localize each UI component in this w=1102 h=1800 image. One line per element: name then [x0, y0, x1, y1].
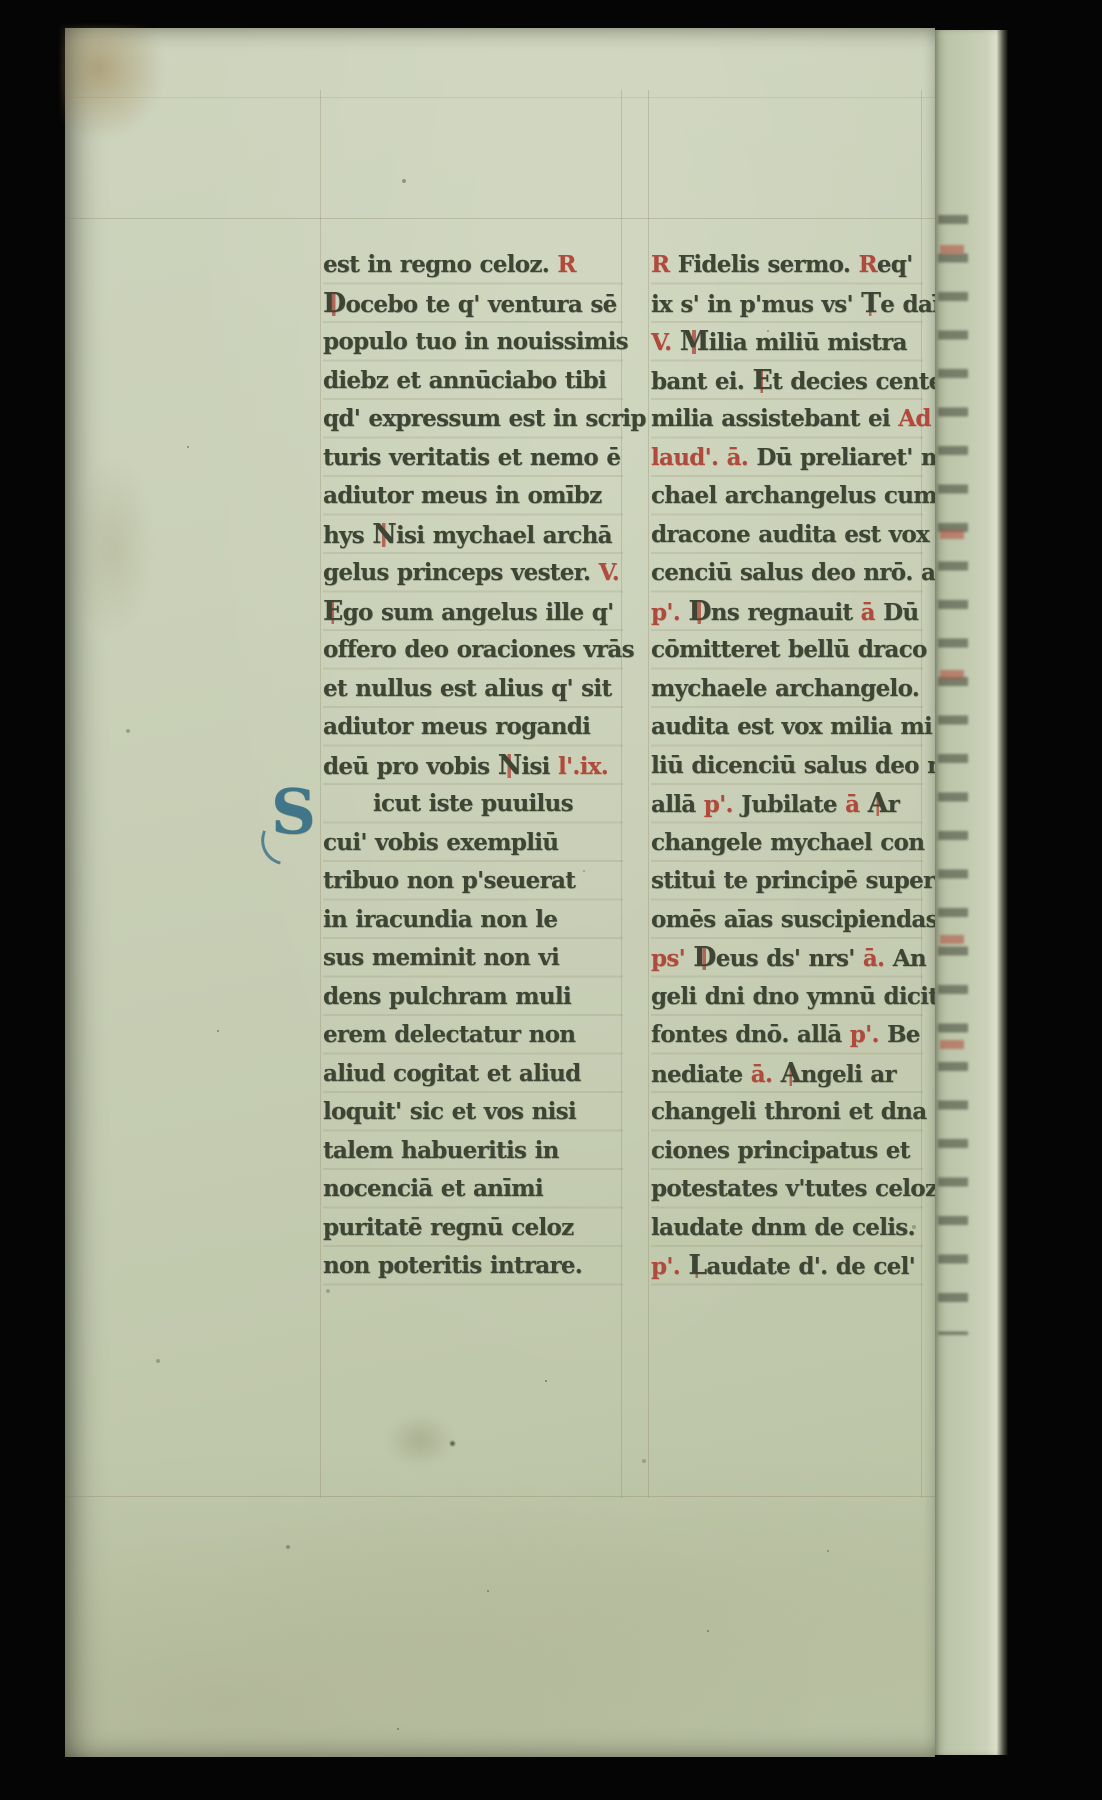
- text-line: erem delectatur non: [323, 1016, 623, 1055]
- body-text: Dū preliaret' my: [756, 444, 957, 471]
- body-text: talem habueritis in: [323, 1137, 559, 1164]
- touched-capital: E: [323, 596, 343, 627]
- text-line: hys Nisi mychael archā: [323, 516, 623, 555]
- touched-capital: A: [868, 788, 888, 819]
- text-line: sus meminit non vi: [323, 939, 623, 978]
- body-text: tribuo non p'seuerat: [323, 867, 575, 894]
- text-column-right: R Fidelis sermo. Req'ix s' in p'mus vs' …: [651, 246, 923, 1286]
- edge-rubric-sliver: [940, 245, 964, 254]
- text-line: geli dni dno ymnū dicite: [651, 978, 923, 1017]
- body-text: nocenciā et anīmi: [323, 1175, 543, 1202]
- text-line: mychaele archangelo.: [651, 670, 923, 709]
- text-line: cui' vobis exempliū: [323, 824, 623, 863]
- body-text: liū dicenciū salus deo nrō: [651, 752, 969, 779]
- photo-stage: est in regno celoz. RDocebo te q' ventur…: [0, 0, 1102, 1800]
- text-line: dracone audita est vox di: [651, 516, 923, 555]
- touched-capital: E: [752, 365, 772, 396]
- rubric-text: laud'. ā.: [651, 444, 756, 471]
- body-text: nediate: [651, 1061, 751, 1088]
- body-text: laudate dnm de celis.: [651, 1214, 915, 1241]
- touched-capital: N: [498, 750, 522, 781]
- body-text: in iracundia non le: [323, 906, 557, 933]
- body-text: milia assistebant ei: [651, 405, 898, 432]
- edge-rubric-sliver: [940, 935, 964, 944]
- text-line: loquit' sic et vos nisi: [323, 1093, 623, 1132]
- parchment-stain: [385, 1413, 455, 1468]
- rubric-text: ā.: [751, 1061, 781, 1088]
- body-text: changele mychael con: [651, 829, 924, 856]
- body-text: dens pulchram muli: [323, 983, 571, 1010]
- text-line: p'. Laudate d'. de cel': [651, 1247, 923, 1286]
- text-line: aliud cogitat et aliud: [323, 1055, 623, 1094]
- text-line: cōmitteret bellū draco cū: [651, 631, 923, 670]
- text-line: potestates v'tutes celoz: [651, 1170, 923, 1209]
- text-line: chael archangelus cum: [651, 477, 923, 516]
- text-line: allā p'. Jubilate ā Ar: [651, 785, 923, 824]
- text-line: omēs aīas suscipiendas: [651, 901, 923, 940]
- edge-rubric-sliver: [940, 530, 964, 539]
- edge-rubric-sliver: [940, 670, 964, 679]
- body-text: et nullus est alius q' sit: [323, 675, 611, 702]
- manuscript-page: est in regno celoz. RDocebo te q' ventur…: [65, 28, 935, 1757]
- text-line: nocenciā et anīmi: [323, 1170, 623, 1209]
- text-line: ciones principatus et: [651, 1132, 923, 1171]
- body-text: gelus princeps vester.: [323, 559, 590, 586]
- body-text: mychaele archangelo.: [651, 675, 919, 702]
- text-line: diebz et annūciabo tibi: [323, 362, 623, 401]
- text-line: adiutor meus rogandi: [323, 708, 623, 747]
- body-text: Jubilate: [741, 791, 845, 818]
- rubric-text: ps': [651, 945, 693, 972]
- rubric-text: Ad: [898, 405, 931, 432]
- rubric-text: p'.: [651, 599, 688, 626]
- text-line: gelus princeps vester. V.: [323, 554, 623, 593]
- body-text: ciones principatus et: [651, 1137, 910, 1164]
- body-text: eq': [877, 251, 913, 278]
- touched-capital: D: [688, 596, 710, 627]
- text-line: tribuo non p'seuerat: [323, 862, 623, 901]
- touched-capital: M: [680, 326, 709, 357]
- rubric-text: p'.: [850, 1021, 887, 1048]
- text-line: puritatē regnū celoz: [323, 1209, 623, 1248]
- body-text: adiutor meus in omībz: [323, 482, 602, 509]
- rubric-text: R: [858, 251, 876, 278]
- ruling-line: [320, 90, 321, 1498]
- ruling-line: [65, 218, 935, 219]
- body-text: audita est vox milia mi: [651, 713, 932, 740]
- text-line: changeli throni et dna: [651, 1093, 923, 1132]
- text-line: qd' expressum est in scrip: [323, 400, 623, 439]
- body-text: cui' vobis exempliū: [323, 829, 558, 856]
- rubric-text: ā: [861, 599, 884, 626]
- text-line: non poteritis intrare.: [323, 1247, 623, 1286]
- body-text: chael archangelus cum: [651, 482, 937, 509]
- text-line: talem habueritis in: [323, 1132, 623, 1171]
- body-text: ix s' in p'mus vs': [651, 291, 861, 318]
- body-text: audate d'. de cel': [706, 1253, 915, 1280]
- text-line: est in regno celoz. R: [323, 246, 623, 285]
- text-line: Sicut iste puuilus: [323, 785, 623, 824]
- body-text: offero deo oraciones vrās: [323, 636, 634, 663]
- body-text: non poteritis intrare.: [323, 1252, 582, 1279]
- parchment-stain: [73, 458, 153, 638]
- body-text: eus ds' nrs': [716, 945, 863, 972]
- body-text: cenciū salus deo nrō. allā: [651, 559, 965, 586]
- body-text: isi: [521, 753, 558, 780]
- text-line: bant ei. Et decies centena: [651, 362, 923, 401]
- body-text: diebz et annūciabo tibi: [323, 367, 606, 394]
- rubric-text: V.: [590, 559, 619, 586]
- body-text: icut iste puuilus: [373, 790, 573, 817]
- body-text: Be: [887, 1021, 920, 1048]
- text-line: Docebo te q' ventura sē: [323, 285, 623, 324]
- touched-capital: D: [323, 288, 345, 319]
- text-line: ix s' in p'mus vs' Te daī: [651, 285, 923, 324]
- parchment-stain: [61, 26, 171, 146]
- body-text: ngeli ar: [801, 1061, 896, 1088]
- body-text: turis veritatis et nemo ē: [323, 444, 620, 471]
- body-text: allā: [651, 791, 704, 818]
- ruling-line: [65, 1496, 935, 1497]
- ink-spot: [449, 1440, 456, 1447]
- body-text: Dū: [883, 599, 918, 626]
- body-text: Fidelis sermo.: [678, 251, 859, 278]
- rubric-text: p'.: [651, 1253, 688, 1280]
- body-text: populo tuo in nouissimis: [323, 328, 628, 355]
- body-text: stitui te principē super: [651, 867, 935, 894]
- body-text: erem delectatur non: [323, 1021, 575, 1048]
- text-line: laudate dnm de celis.: [651, 1209, 923, 1248]
- body-text: omēs aīas suscipiendas: [651, 906, 938, 933]
- body-text: geli dni dno ymnū dicite: [651, 983, 952, 1010]
- touched-capital: D: [693, 942, 715, 973]
- rubric-text: R: [549, 251, 576, 278]
- text-line: p'. Dns regnauit ā Dū: [651, 593, 923, 632]
- body-text: r: [888, 791, 899, 818]
- body-text: sus meminit non vi: [323, 944, 559, 971]
- body-text: isi mychael archā: [396, 522, 612, 549]
- text-line: in iracundia non le: [323, 901, 623, 940]
- ruling-line: [65, 97, 935, 98]
- parchment-mottling: [65, 1398, 935, 1757]
- text-line: R Fidelis sermo. Req': [651, 246, 923, 285]
- body-text: ocebo te q' ventura sē: [345, 291, 616, 318]
- text-line: turis veritatis et nemo ē: [323, 439, 623, 478]
- touched-capital: L: [688, 1250, 706, 1281]
- body-text: aliud cogitat et aliud: [323, 1060, 581, 1087]
- body-text: puritatē regnū celoz: [323, 1214, 574, 1241]
- body-text: e daī: [880, 291, 940, 318]
- edge-rubric-sliver: [940, 1040, 964, 1049]
- text-line: changele mychael con: [651, 824, 923, 863]
- rubric-text: V.: [651, 329, 680, 356]
- text-line: cenciū salus deo nrō. allā: [651, 554, 923, 593]
- body-text: bant ei.: [651, 368, 752, 395]
- text-line: audita est vox milia mi: [651, 708, 923, 747]
- touched-capital: T: [861, 288, 880, 319]
- body-text: cōmitteret bellū draco cū: [651, 636, 964, 663]
- body-text: loquit' sic et vos nisi: [323, 1098, 576, 1125]
- body-text: dracone audita est vox di: [651, 521, 961, 548]
- text-column-left: est in regno celoz. RDocebo te q' ventur…: [323, 246, 623, 1286]
- text-line: laud'. ā. Dū preliaret' my: [651, 439, 923, 478]
- text-line: liū dicenciū salus deo nrō: [651, 747, 923, 786]
- text-line: ps' Deus ds' nrs' ā. An: [651, 939, 923, 978]
- rubric-text: R: [651, 251, 678, 278]
- body-text: potestates v'tutes celoz: [651, 1175, 937, 1202]
- text-line: dens pulchram muli: [323, 978, 623, 1017]
- body-text: est in regno celoz.: [323, 251, 549, 278]
- body-text: go sum angelus ille q': [343, 599, 614, 626]
- body-text: hys: [323, 522, 372, 549]
- text-line: nediate ā. Angeli ar: [651, 1055, 923, 1094]
- touched-capital: N: [372, 519, 396, 550]
- rubric-text: p'.: [704, 791, 741, 818]
- parchment-specks: [65, 28, 67, 30]
- text-line: adiutor meus in omībz: [323, 477, 623, 516]
- text-line: milia assistebant ei Ad: [651, 400, 923, 439]
- touched-capital: A: [781, 1058, 801, 1089]
- illuminated-initial: S: [271, 781, 315, 843]
- text-line: deū pro vobis Nisi l'.ix.: [323, 747, 623, 786]
- text-line: offero deo oraciones vrās: [323, 631, 623, 670]
- ruling-line: [648, 90, 649, 1498]
- rubric-text: ā.: [863, 945, 893, 972]
- body-text: fontes dnō. allā: [651, 1021, 850, 1048]
- body-text: ilia miliū mistra: [709, 329, 907, 356]
- body-text: An: [893, 945, 926, 972]
- rubric-text: ā: [845, 791, 868, 818]
- body-text: ns regnauit: [711, 599, 861, 626]
- text-line: V. Milia miliū mistra: [651, 323, 923, 362]
- body-text: qd' expressum est in scrip: [323, 405, 646, 432]
- text-line: et nullus est alius q' sit: [323, 670, 623, 709]
- rubric-text: l'.ix.: [558, 753, 608, 780]
- next-page-edge: [935, 30, 1008, 1755]
- text-line: stitui te principē super: [651, 862, 923, 901]
- text-line: populo tuo in nouissimis: [323, 323, 623, 362]
- body-text: adiutor meus rogandi: [323, 713, 590, 740]
- body-text: changeli throni et dna: [651, 1098, 926, 1125]
- body-text: deū pro vobis: [323, 753, 498, 780]
- text-line: fontes dnō. allā p'. Be: [651, 1016, 923, 1055]
- edge-text-sliver: [938, 215, 968, 1335]
- text-line: Ego sum angelus ille q': [323, 593, 623, 632]
